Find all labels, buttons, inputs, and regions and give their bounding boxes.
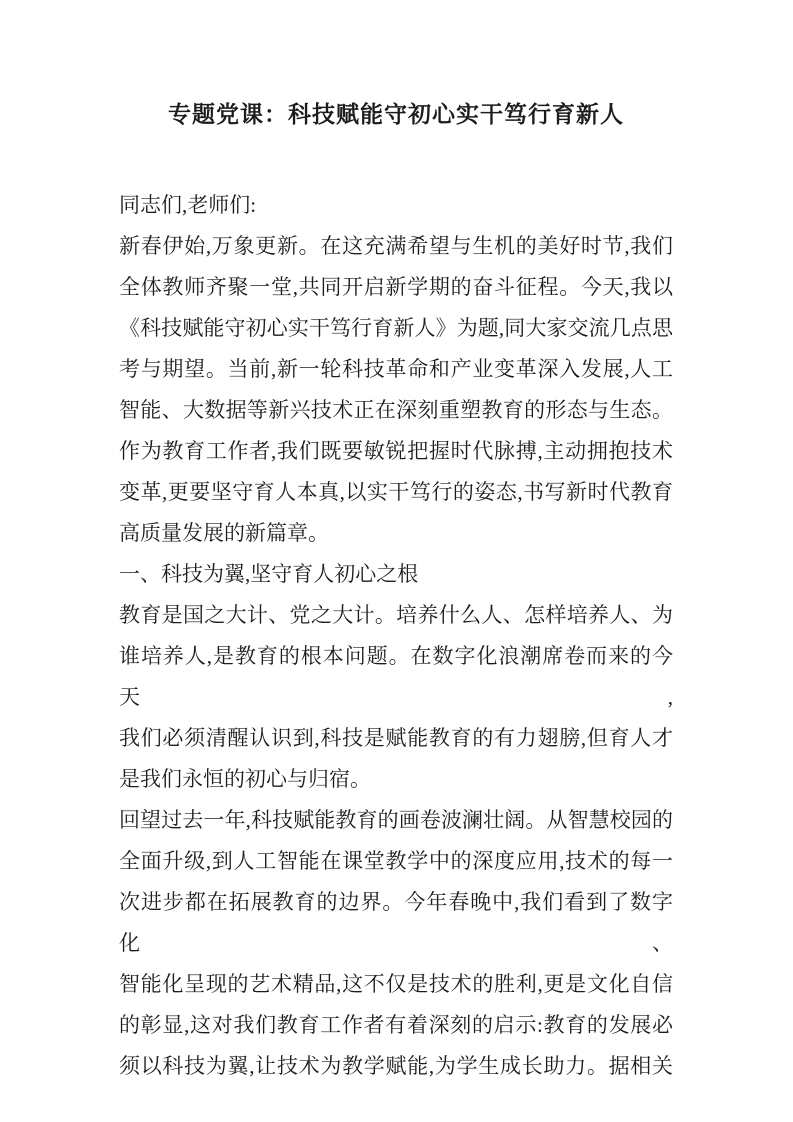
text-line: 须以科技为翼,让技术为教学赋能,为学生成长助力。据相关 — [119, 1046, 673, 1087]
text-line: 一、科技为翼,坚守育人初心之根 — [119, 554, 673, 595]
text-line: 智能、大数据等新兴技术正在深刻重塑教育的形态与生态。 — [119, 390, 673, 431]
text-line: 考与期望。当前,新一轮科技革命和产业变革深入发展,人工 — [119, 349, 673, 390]
text-line: 同志们,老师们: — [119, 185, 673, 226]
text-line: 全体教师齐聚一堂,共同开启新学期的奋斗征程。今天,我以 — [119, 267, 673, 308]
text-line: 新春伊始,万象更新。在这充满希望与生机的美好时节,我们 — [119, 226, 673, 267]
text-line: 谁培养人,是教育的根本问题。在数字化浪潮席卷而来的今天, — [119, 636, 673, 718]
text-line: 作为教育工作者,我们既要敏锐把握时代脉搏,主动拥抱技术 — [119, 431, 673, 472]
text-line: 全面升级,到人工智能在课堂教学中的深度应用,技术的每一 — [119, 841, 673, 882]
text-line: 智能化呈现的艺术精品,这不仅是技术的胜利,更是文化自信 — [119, 964, 673, 1005]
salutation: 同志们,老师们: — [119, 185, 673, 226]
document-body: 同志们,老师们:新春伊始,万象更新。在这充满希望与生机的美好时节,我们全体教师齐… — [119, 185, 673, 1087]
text-line: 我们必须清醒认识到,科技是赋能教育的有力翅膀,但育人才 — [119, 718, 673, 759]
text-line: 《科技赋能守初心实干笃行育新人》为题,同大家交流几点思 — [119, 308, 673, 349]
paragraph: 教育是国之大计、党之大计。培养什么人、怎样培养人、为谁培养人,是教育的根本问题。… — [119, 595, 673, 800]
text-line: 次进步都在拓展教育的边界。今年春晚中,我们看到了数字化、 — [119, 882, 673, 964]
text-line: 变革,更要坚守育人本真,以实干笃行的姿态,书写新时代教育 — [119, 472, 673, 513]
document-page: 专题党课：科技赋能守初心实干笃行育新人 同志们,老师们:新春伊始,万象更新。在这… — [0, 0, 793, 1122]
document-title: 专题党课：科技赋能守初心实干笃行育新人 — [119, 95, 673, 135]
text-line: 教育是国之大计、党之大计。培养什么人、怎样培养人、为 — [119, 595, 673, 636]
section-heading: 一、科技为翼,坚守育人初心之根 — [119, 554, 673, 595]
text-line: 高质量发展的新篇章。 — [119, 513, 673, 554]
text-line: 的彰显,这对我们教育工作者有着深刻的启示:教育的发展必 — [119, 1005, 673, 1046]
text-line: 回望过去一年,科技赋能教育的画卷波澜壮阔。从智慧校园的 — [119, 800, 673, 841]
paragraph: 新春伊始,万象更新。在这充满希望与生机的美好时节,我们全体教师齐聚一堂,共同开启… — [119, 226, 673, 554]
text-line: 是我们永恒的初心与归宿。 — [119, 759, 673, 800]
paragraph: 回望过去一年,科技赋能教育的画卷波澜壮阔。从智慧校园的全面升级,到人工智能在课堂… — [119, 800, 673, 1087]
